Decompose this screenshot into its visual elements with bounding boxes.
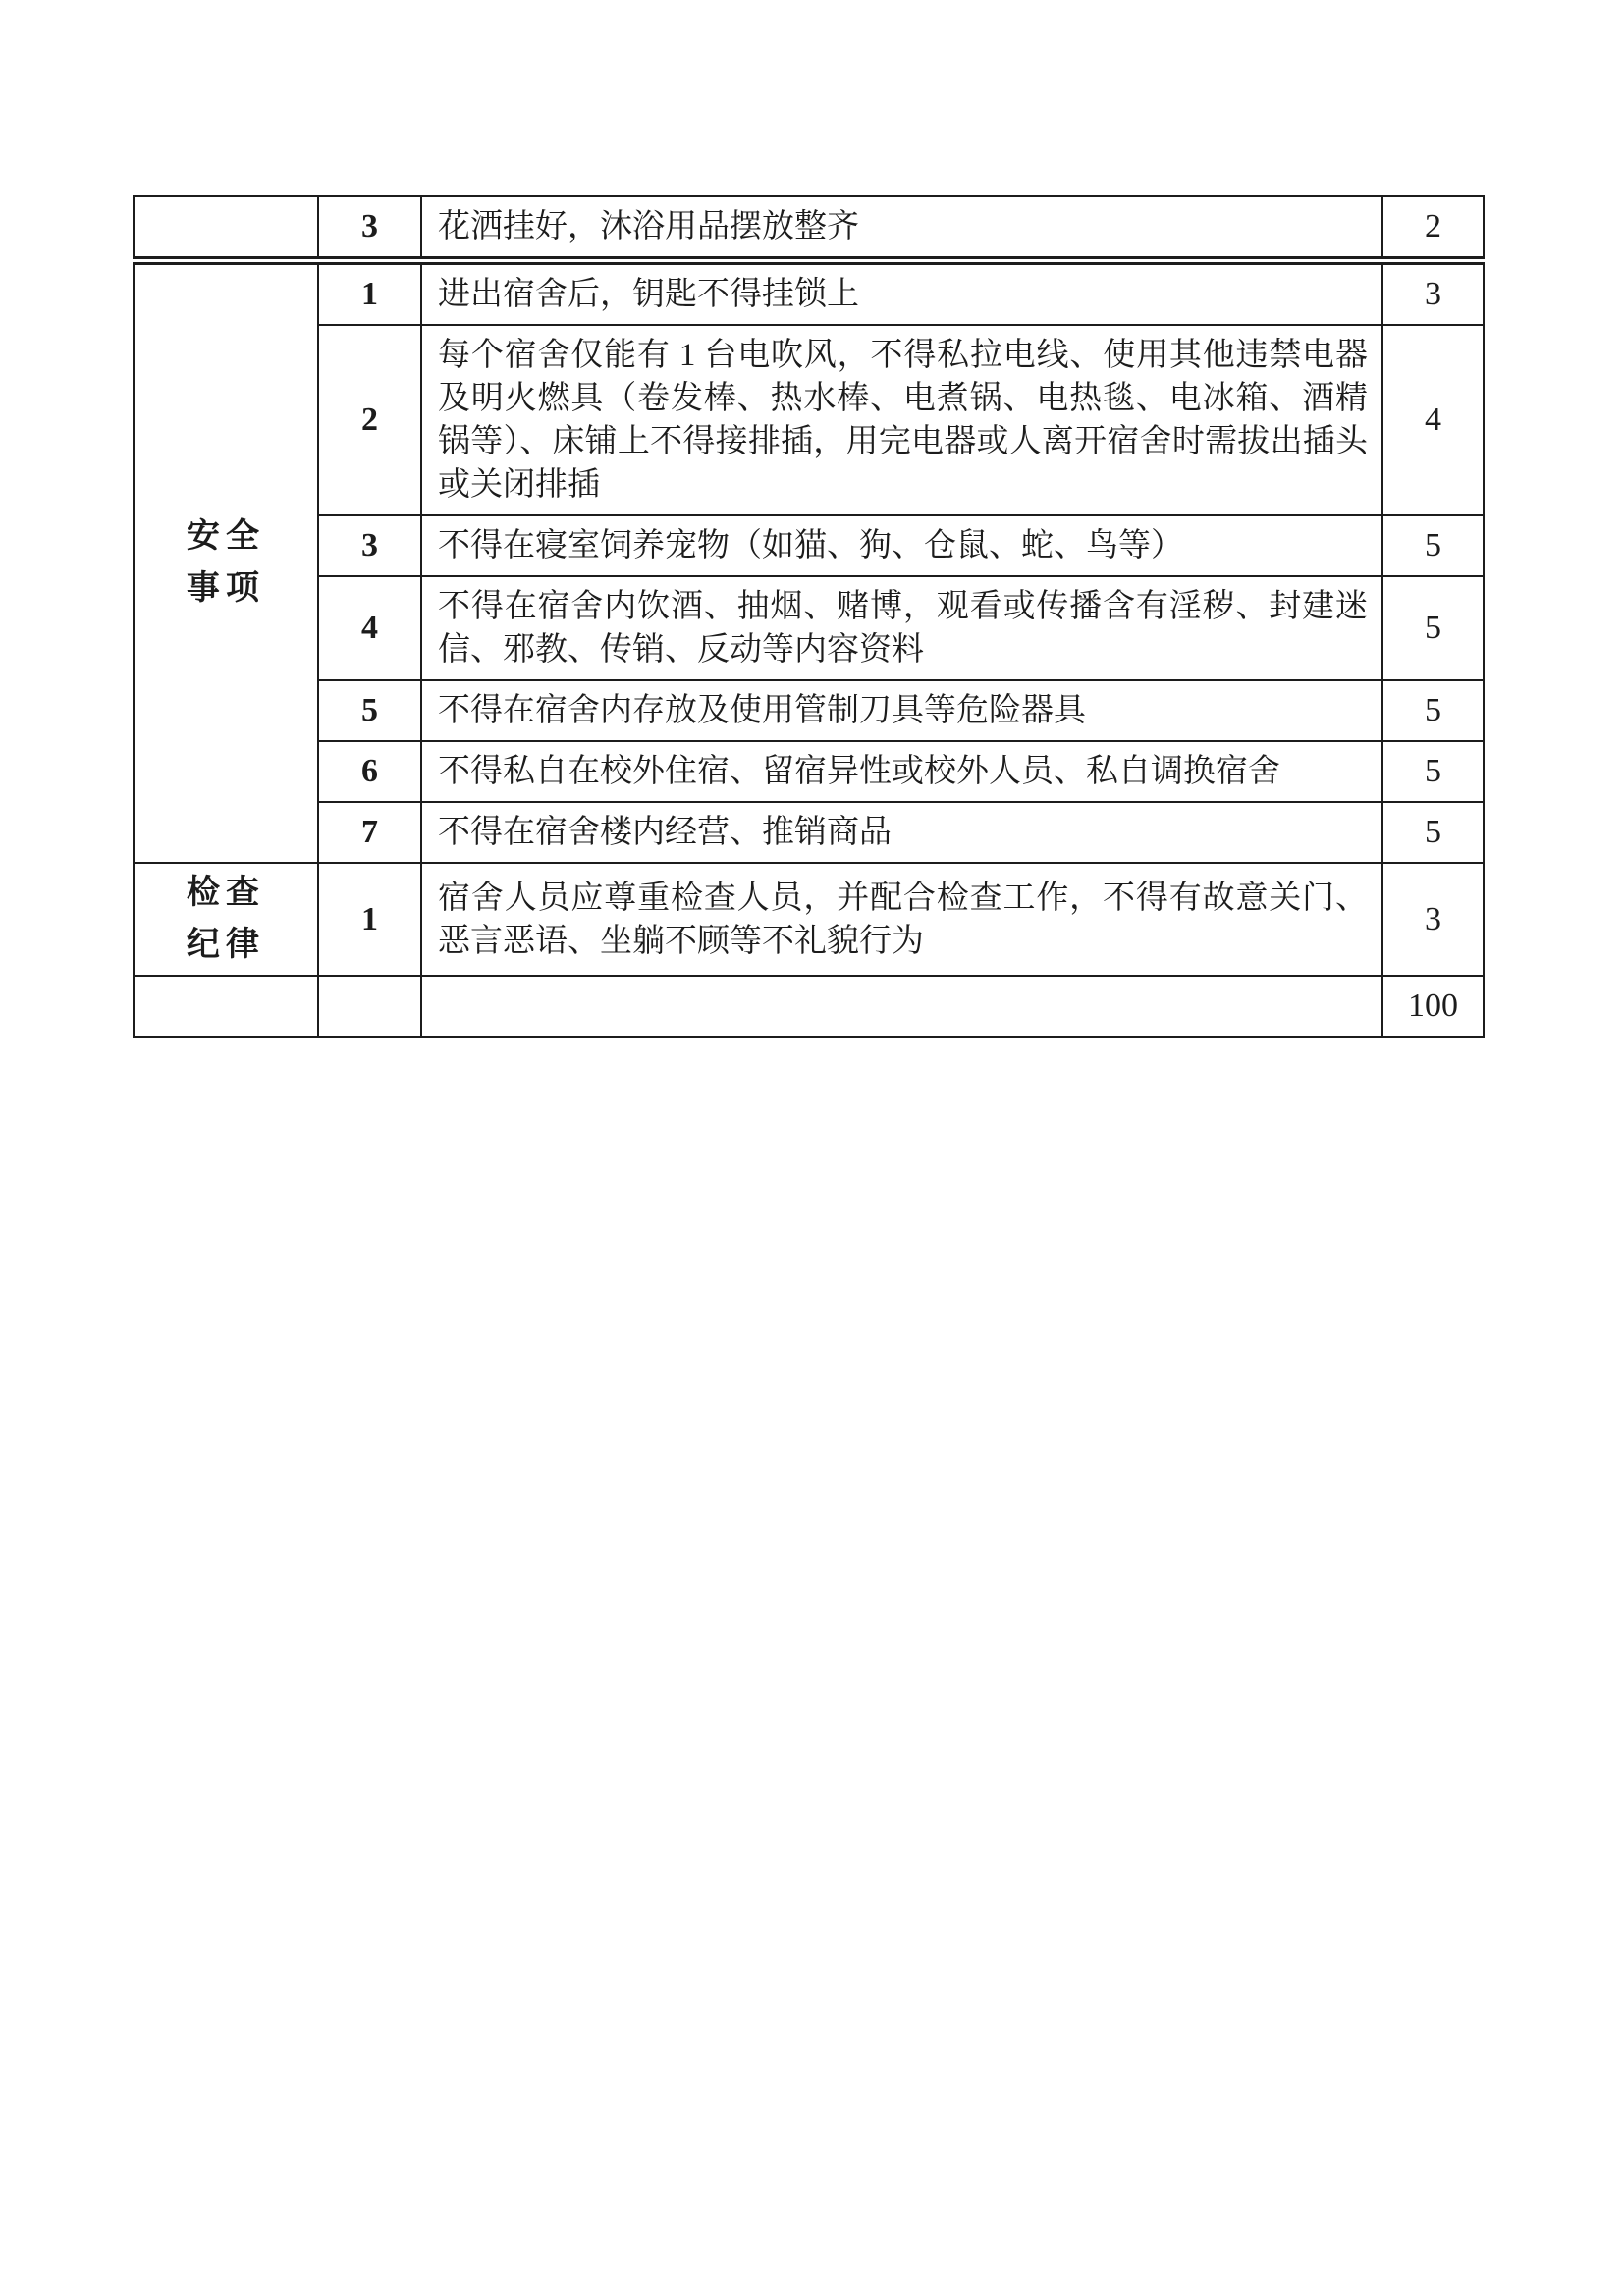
description-cell	[421, 976, 1382, 1037]
table-row: 安全 事项1进出宿舍后，钥匙不得挂锁上3	[134, 261, 1484, 326]
table-row: 检查 纪律1宿舍人员应尊重检查人员，并配合检查工作，不得有故意关门、恶言恶语、坐…	[134, 863, 1484, 976]
item-number-cell: 3	[318, 196, 421, 261]
description-cell: 不得在寝室饲养宠物（如猫、狗、仓鼠、蛇、鸟等）	[421, 515, 1382, 576]
description-cell: 不得在宿舍楼内经营、推销商品	[421, 802, 1382, 863]
item-number-cell: 7	[318, 802, 421, 863]
table-row: 3花洒挂好，沐浴用品摆放整齐2	[134, 196, 1484, 261]
description-cell: 不得在宿舍内存放及使用管制刀具等危险器具	[421, 680, 1382, 741]
table-row: 100	[134, 976, 1484, 1037]
table-row: 4不得在宿舍内饮酒、抽烟、赌博，观看或传播含有淫秽、封建迷信、邪教、传销、反动等…	[134, 576, 1484, 680]
score-cell: 5	[1382, 741, 1484, 802]
description-cell: 不得私自在校外住宿、留宿异性或校外人员、私自调换宿舍	[421, 741, 1382, 802]
item-number-cell	[318, 976, 421, 1037]
table-row: 6不得私自在校外住宿、留宿异性或校外人员、私自调换宿舍5	[134, 741, 1484, 802]
item-number-cell: 1	[318, 261, 421, 326]
table-row: 7不得在宿舍楼内经营、推销商品5	[134, 802, 1484, 863]
inspection-table-body: 3花洒挂好，沐浴用品摆放整齐2安全 事项1进出宿舍后，钥匙不得挂锁上32每个宿舍…	[134, 196, 1484, 1037]
score-cell: 5	[1382, 680, 1484, 741]
score-cell: 5	[1382, 802, 1484, 863]
description-cell: 宿舍人员应尊重检查人员，并配合检查工作，不得有故意关门、恶言恶语、坐躺不顾等不礼…	[421, 863, 1382, 976]
description-cell: 不得在宿舍内饮酒、抽烟、赌博，观看或传播含有淫秽、封建迷信、邪教、传销、反动等内…	[421, 576, 1382, 680]
score-cell: 100	[1382, 976, 1484, 1037]
description-cell: 进出宿舍后，钥匙不得挂锁上	[421, 261, 1382, 326]
table-row: 3不得在寝室饲养宠物（如猫、狗、仓鼠、蛇、鸟等）5	[134, 515, 1484, 576]
category-cell	[134, 196, 318, 261]
inspection-table: 3花洒挂好，沐浴用品摆放整齐2安全 事项1进出宿舍后，钥匙不得挂锁上32每个宿舍…	[133, 195, 1485, 1038]
item-number-cell: 3	[318, 515, 421, 576]
category-cell: 安全 事项	[134, 261, 318, 864]
item-number-cell: 2	[318, 325, 421, 515]
score-cell: 5	[1382, 515, 1484, 576]
item-number-cell: 5	[318, 680, 421, 741]
score-cell: 3	[1382, 261, 1484, 326]
table-row: 2每个宿舍仅能有 1 台电吹风，不得私拉电线、使用其他违禁电器及明火燃具（卷发棒…	[134, 325, 1484, 515]
description-cell: 花洒挂好，沐浴用品摆放整齐	[421, 196, 1382, 261]
score-cell: 4	[1382, 325, 1484, 515]
item-number-cell: 4	[318, 576, 421, 680]
score-cell: 5	[1382, 576, 1484, 680]
score-cell: 3	[1382, 863, 1484, 976]
description-cell: 每个宿舍仅能有 1 台电吹风，不得私拉电线、使用其他违禁电器及明火燃具（卷发棒、…	[421, 325, 1382, 515]
category-cell: 检查 纪律	[134, 863, 318, 976]
category-cell	[134, 976, 318, 1037]
score-cell: 2	[1382, 196, 1484, 261]
item-number-cell: 1	[318, 863, 421, 976]
item-number-cell: 6	[318, 741, 421, 802]
table-row: 5不得在宿舍内存放及使用管制刀具等危险器具5	[134, 680, 1484, 741]
document-page: { "page": { "background": "#ffffff" }, "…	[0, 0, 1624, 2296]
